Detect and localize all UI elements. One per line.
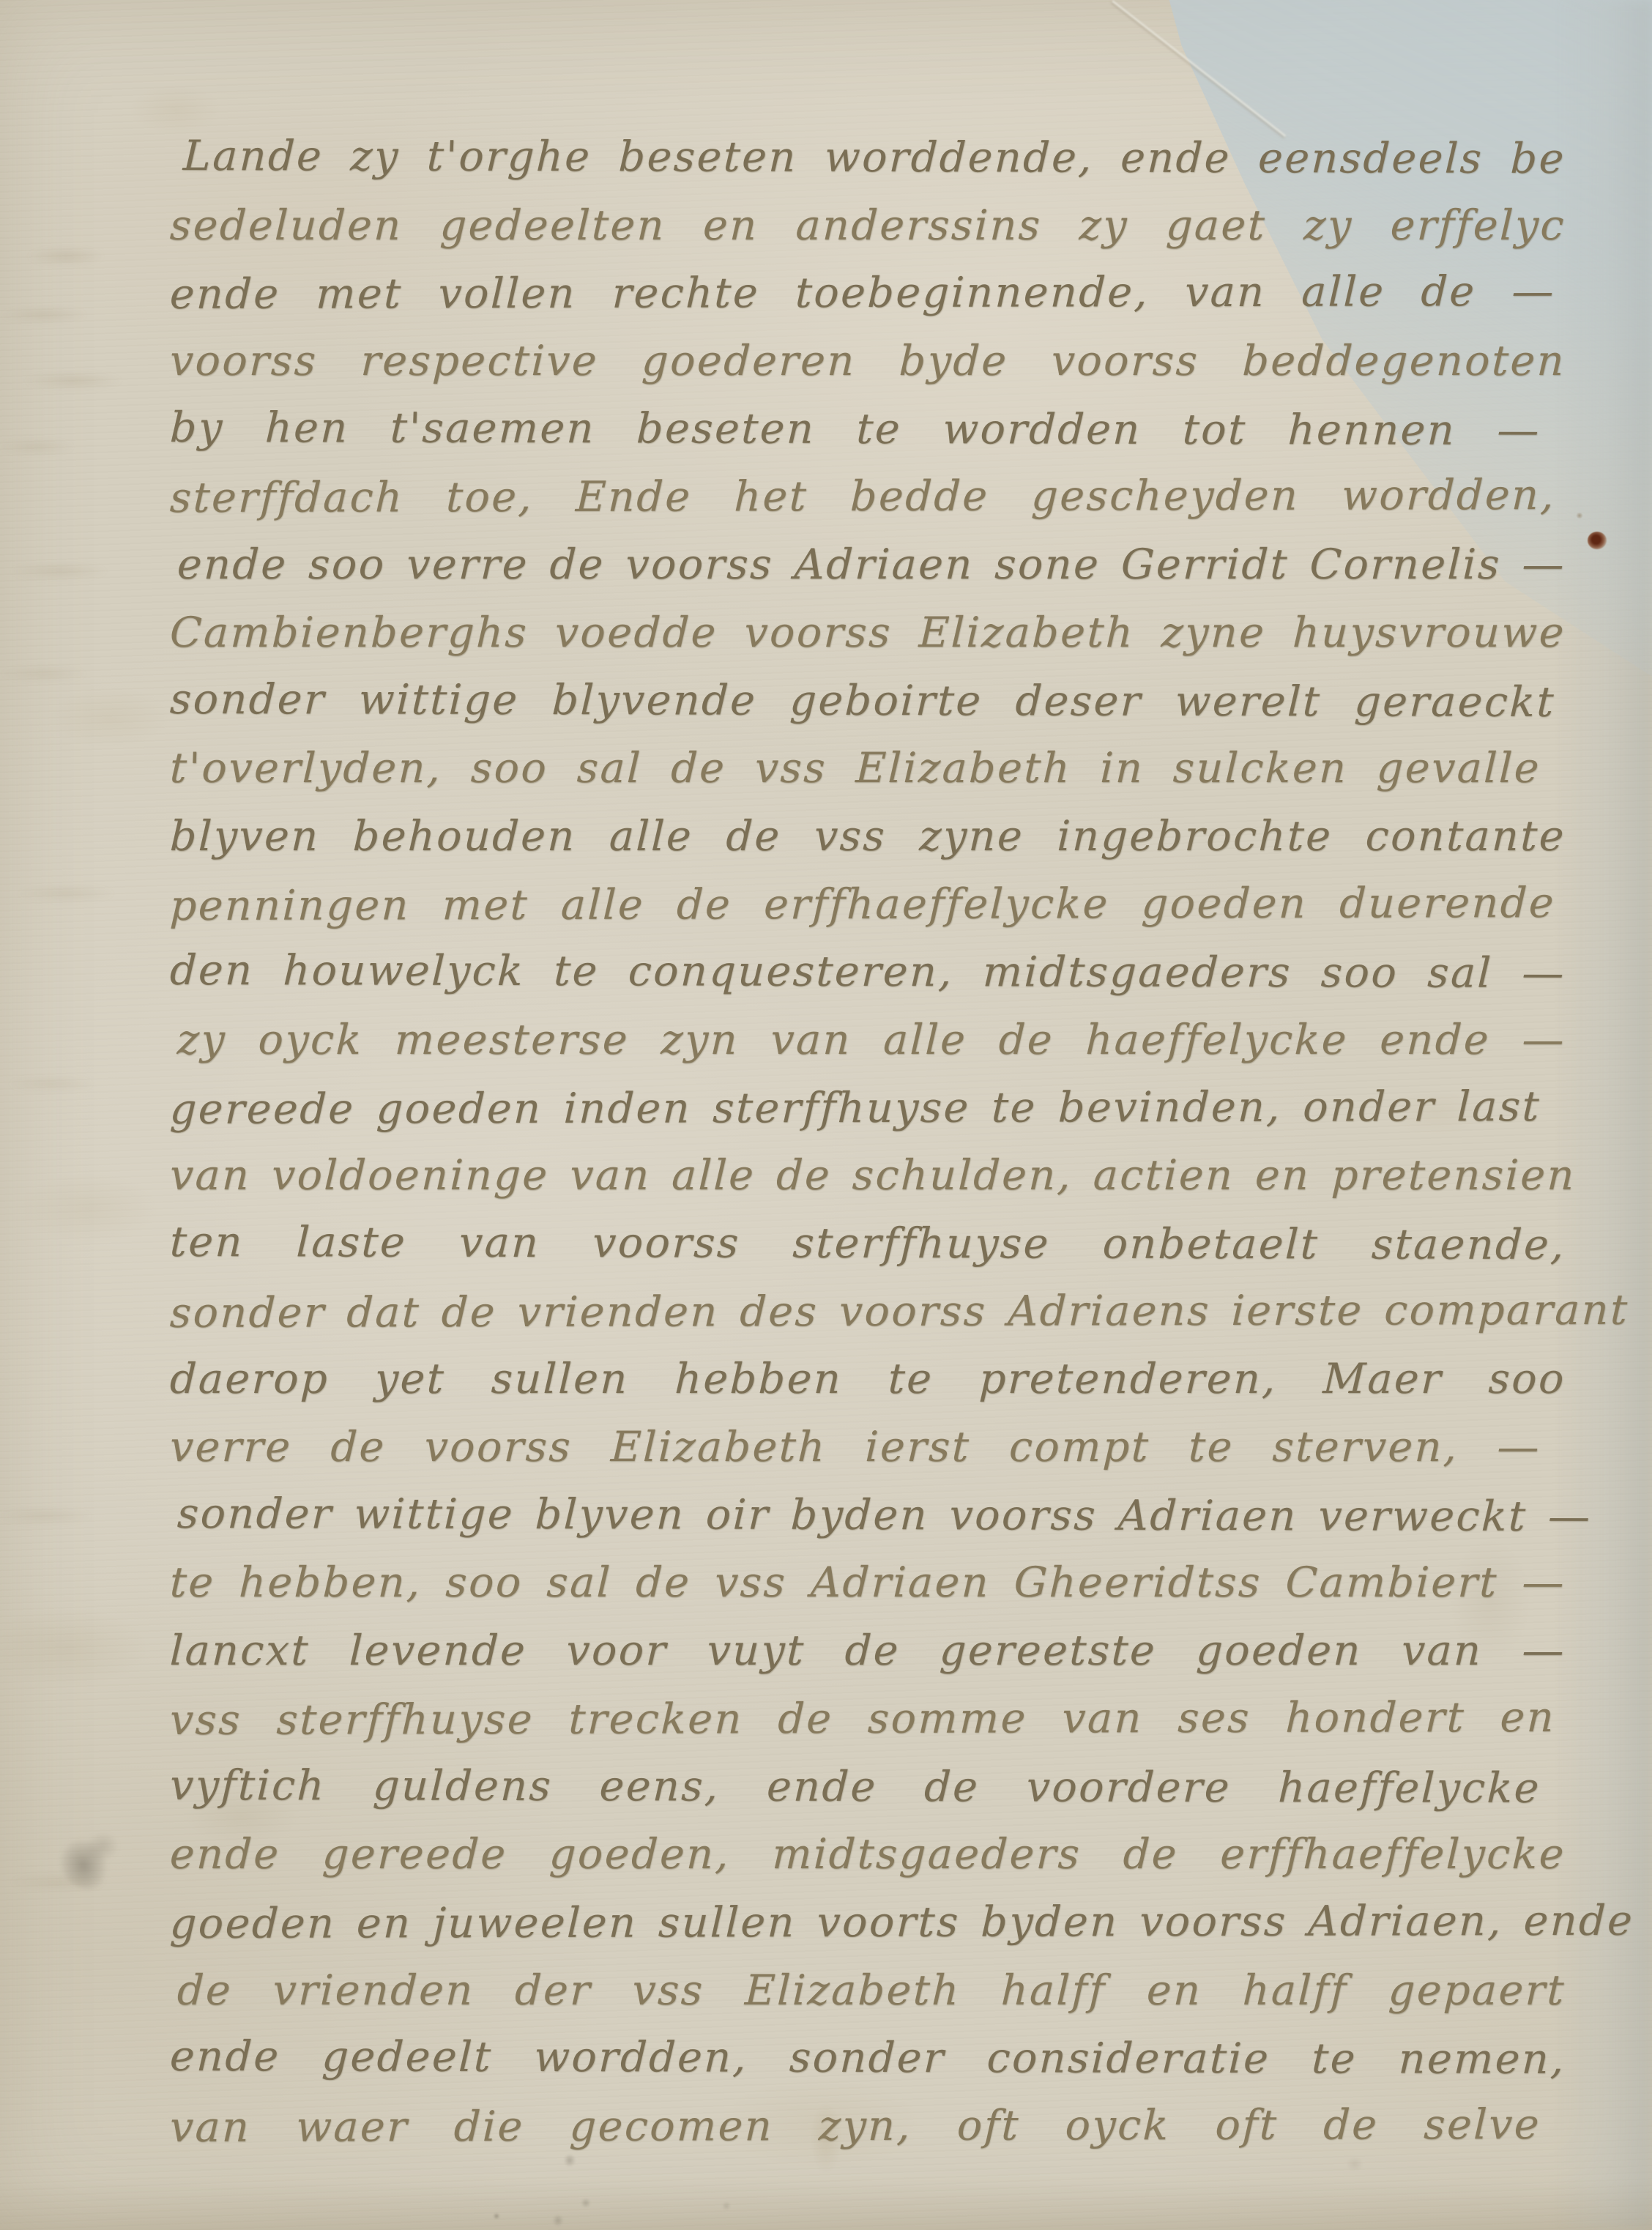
- manuscript-line: ten laste van voorss sterffhuyse onbetae…: [168, 1208, 1566, 1279]
- manuscript-line: ende gedeelt wordden, sonder considerati…: [168, 2023, 1566, 2094]
- manuscript-line: Cambienberghs voedde voorss Elizabeth zy…: [168, 599, 1566, 667]
- manuscript-line: sonder dat de vrienden des voorss Adriae…: [168, 1276, 1566, 1348]
- red-ink-spot: [1588, 532, 1607, 549]
- manuscript-line: daerop yet sullen hebben te pretenderen,…: [168, 1345, 1566, 1413]
- manuscript-line: vss sterffhuyse trecken de somme van ses…: [168, 1684, 1566, 1755]
- manuscript-line: goeden en juweelen sullen voorts byden v…: [168, 1887, 1566, 1958]
- manuscript-line: voorss respective goederen byde voorss b…: [168, 327, 1566, 395]
- manuscript-line: vyftich guldens eens, ende de voordere h…: [168, 1752, 1566, 1823]
- manuscript-line: zy oyck meesterse zyn van alle de haeffe…: [168, 1006, 1566, 1074]
- manuscript-line: sedeluden gedeelten en anderssins zy gae…: [168, 192, 1566, 260]
- manuscript-line: Lande zy t'orghe beseten worddende, ende…: [168, 122, 1566, 193]
- ink-speck: [1576, 513, 1583, 519]
- handwritten-text-block: Lande zy t'orghe beseten worddende, ende…: [170, 124, 1566, 2160]
- manuscript-line: lancxt levende voor vuyt de gereetste go…: [168, 1617, 1566, 1685]
- manuscript-line: sterffdach toe, Ende het bedde gescheyde…: [168, 461, 1566, 532]
- manuscript-line: sonder wittige blyven oir byden voorss A…: [168, 1480, 1566, 1551]
- manuscript-line: by hen t'saemen beseten te wordden tot h…: [168, 394, 1566, 465]
- manuscript-line: van voldoeninge van alle de schulden, ac…: [168, 1142, 1566, 1210]
- manuscript-line: ende met vollen rechte toebeginnende, va…: [168, 258, 1566, 329]
- manuscript-line: gereede goeden inden sterffhuyse te bevi…: [168, 1073, 1566, 1144]
- verso-showthrough-marks: [0, 161, 168, 2102]
- manuscript-line: penningen met alle de erffhaeffelycke go…: [168, 869, 1566, 940]
- manuscript-line: sonder wittige blyvende geboirte deser w…: [168, 666, 1566, 737]
- manuscript-line: den houwelyck te conquesteren, midtsgaed…: [168, 937, 1566, 1008]
- manuscript-page: Lande zy t'orghe beseten worddende, ende…: [0, 0, 1652, 2230]
- manuscript-line: verre de voorss Elizabeth ierst compt te…: [168, 1413, 1566, 1482]
- bottom-stain-spots: [439, 2095, 1465, 2230]
- manuscript-line: te hebben, soo sal de vss Adriaen Gheeri…: [168, 1549, 1566, 1617]
- manuscript-line: de vrienden der vss Elizabeth halff en h…: [168, 1957, 1566, 2025]
- manuscript-line: t'overlyden, soo sal de vss Elizabeth in…: [168, 735, 1566, 803]
- manuscript-line: ende gereede goeden, midtsgaeders de erf…: [168, 1821, 1566, 1889]
- right-edge-shading: [1557, 0, 1652, 2230]
- manuscript-line: blyven behouden alle de vss zyne ingebro…: [168, 803, 1566, 871]
- manuscript-line: ende soo verre de voorss Adriaen sone Ge…: [168, 531, 1566, 599]
